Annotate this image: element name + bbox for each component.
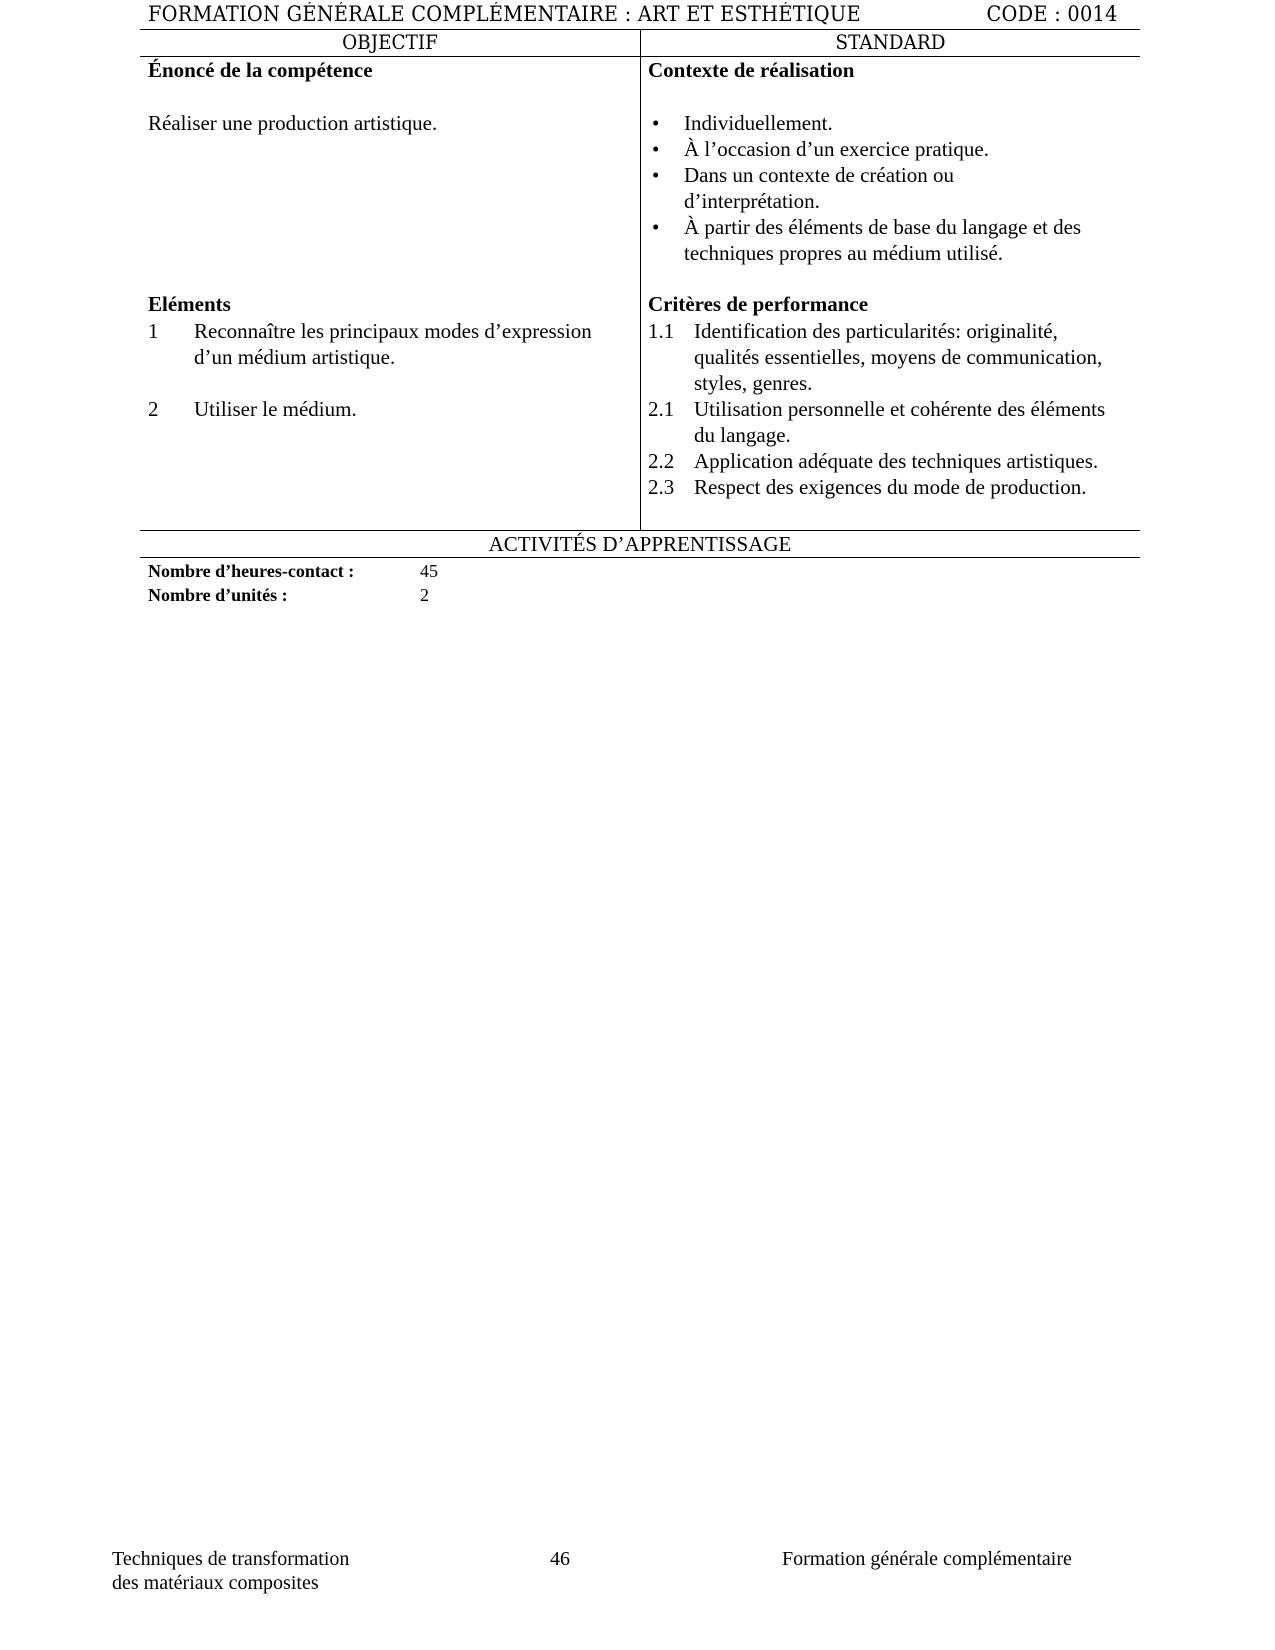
critere-number: 1.1	[648, 318, 674, 344]
contexte-item: •À partir des éléments de base du langag…	[648, 214, 1088, 266]
critere-number: 2.2	[648, 448, 674, 474]
document-title: FORMATION GÉNÉRALE COMPLÉMENTAIRE : ART …	[148, 0, 1053, 28]
contexte-text: À partir des éléments de base du langage…	[684, 215, 1081, 265]
contexte-text: À l’occasion d’un exercice pratique.	[684, 137, 989, 161]
footer-program: Techniques de transformation des matéria…	[112, 1547, 349, 1595]
footer-section: Formation générale complémentaire	[782, 1547, 1072, 1571]
criteres-heading: Critères de performance	[648, 291, 868, 317]
contexte-item: •Individuellement.	[648, 110, 1088, 136]
critere-text: Application adéquate des techniques arti…	[694, 449, 1098, 473]
course-code: CODE : 0014	[986, 0, 1117, 28]
bullet-icon: •	[652, 110, 659, 136]
critere-item: 2.2Application adéquate des techniques a…	[648, 448, 1118, 474]
bullet-icon: •	[652, 162, 659, 188]
element-text: Utiliser le médium.	[194, 397, 357, 421]
contexte-item: •Dans un contexte de création ou d’inter…	[648, 162, 1088, 214]
critere-item: 2.3Respect des exigences du mode de prod…	[648, 474, 1118, 500]
criteres-list: 1.1Identification des particularités: or…	[648, 318, 1118, 500]
units-value: 2	[420, 583, 429, 607]
element-item: 2 Utiliser le médium.	[148, 396, 628, 422]
column-divider	[640, 29, 641, 530]
elements-list: 1 Reconnaître les principaux modes d’exp…	[148, 318, 628, 422]
page-number: 46	[550, 1547, 570, 1571]
footer-program-line1: Techniques de transformation	[112, 1547, 349, 1571]
contexte-text: Dans un contexte de création ou d’interp…	[684, 163, 954, 213]
element-text: Reconnaître les principaux modes d’expre…	[194, 319, 592, 369]
activities-bottom-rule	[140, 557, 1140, 558]
contexte-list: •Individuellement. •À l’occasion d’un ex…	[648, 110, 1088, 266]
elements-heading: Eléments	[148, 291, 231, 317]
hours-value: 45	[420, 559, 438, 583]
course-title: FORMATION GÉNÉRALE COMPLÉMENTAIRE : ART …	[148, 2, 861, 26]
element-number: 2	[148, 396, 159, 422]
bullet-icon: •	[652, 136, 659, 162]
hours-label: Nombre d’heures-contact :	[148, 561, 354, 581]
footer-program-line2: des matériaux composites	[112, 1571, 349, 1595]
critere-text: Identification des particularités: origi…	[694, 319, 1102, 395]
column-header-objectif: OBJECTIF	[160, 29, 620, 55]
critere-item: 2.1Utilisation personnelle et cohérente …	[648, 396, 1118, 448]
critere-text: Respect des exigences du mode de product…	[694, 475, 1086, 499]
contexte-text: Individuellement.	[684, 111, 833, 135]
column-header-standard: STANDARD	[661, 29, 1120, 55]
element-item: 1 Reconnaître les principaux modes d’exp…	[148, 318, 628, 370]
contexte-heading: Contexte de réalisation	[648, 57, 854, 83]
element-number: 1	[148, 318, 159, 344]
bullet-icon: •	[652, 214, 659, 240]
activities-heading: ACTIVITÉS D’APPRENTISSAGE	[140, 531, 1140, 557]
units-label: Nombre d’unités :	[148, 585, 288, 605]
critere-item: 1.1Identification des particularités: or…	[648, 318, 1118, 396]
critere-number: 2.1	[648, 396, 674, 422]
hours-row: Nombre d’heures-contact :	[148, 559, 354, 583]
competence-heading: Énoncé de la compétence	[148, 57, 373, 83]
critere-number: 2.3	[648, 474, 674, 500]
critere-text: Utilisation personnelle et cohérente des…	[694, 397, 1105, 447]
contexte-item: •À l’occasion d’un exercice pratique.	[648, 136, 1088, 162]
competence-text: Réaliser une production artistique.	[148, 110, 437, 136]
units-row: Nombre d’unités :	[148, 583, 288, 607]
